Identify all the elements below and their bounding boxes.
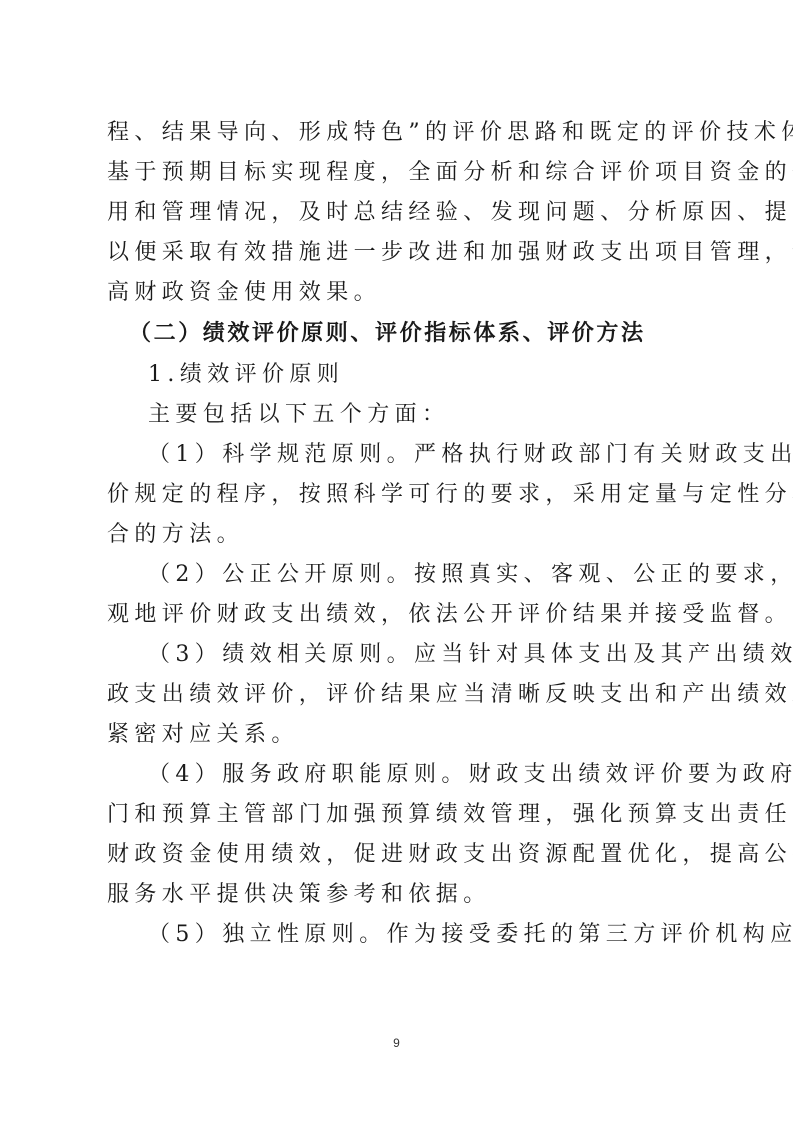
paragraph-line: 紧密对应关系。 bbox=[107, 715, 713, 755]
paragraph-line: 观地评价财政支出绩效，依法公开评价结果并接受监督。 bbox=[107, 595, 713, 635]
paragraph-line: 价规定的程序，按照科学可行的要求，采用定量与定性分析相结 bbox=[107, 475, 713, 515]
page-number: 9 bbox=[0, 1036, 793, 1050]
paragraph-line: 程、结果导向、形成特色”的评价思路和既定的评价技术体系， bbox=[107, 113, 713, 153]
principle-4-line: （4）服务政府职能原则。财政支出绩效评价要为政府财政部 bbox=[107, 755, 713, 795]
paragraph-line: 高财政资金使用效果。 bbox=[107, 273, 713, 313]
principle-3-line: （3）绩效相关原则。应当针对具体支出及其产出绩效进行财 bbox=[107, 635, 713, 675]
paragraph-line: 合的方法。 bbox=[107, 515, 713, 555]
paragraph-line: 政支出绩效评价，评价结果应当清晰反映支出和产出绩效之间的 bbox=[107, 675, 713, 715]
paragraph-line: 以便采取有效措施进一步改进和加强财政支出项目管理，切实提 bbox=[107, 233, 713, 273]
subsection-title: 1.绩效评价原则 bbox=[107, 355, 713, 395]
paragraph-line: 用和管理情况，及时总结经验、发现问题、分析原因、提出措施， bbox=[107, 193, 713, 233]
principle-2-line: （2）公正公开原则。按照真实、客观、公正的要求，全面客 bbox=[107, 555, 713, 595]
paragraph-line: 服务水平提供决策参考和依据。 bbox=[107, 875, 713, 915]
principle-1-line: （1）科学规范原则。严格执行财政部门有关财政支出绩效评 bbox=[107, 435, 713, 475]
paragraph-line: 主要包括以下五个方面： bbox=[107, 395, 713, 435]
principle-5-line: （5）独立性原则。作为接受委托的第三方评价机构应当严格 bbox=[107, 915, 713, 955]
paragraph-line: 基于预期目标实现程度，全面分析和综合评价项目资金的分配使 bbox=[107, 153, 713, 193]
paragraph-line: 财政资金使用绩效，促进财政支出资源配置优化，提高公共财政 bbox=[107, 835, 713, 875]
paragraph-line: 门和预算主管部门加强预算绩效管理，强化预算支出责任，提高 bbox=[107, 795, 713, 835]
document-page: 程、结果导向、形成特色”的评价思路和既定的评价技术体系， 基于预期目标实现程度，… bbox=[107, 113, 713, 955]
section-heading: （二）绩效评价原则、评价指标体系、评价方法 bbox=[107, 313, 713, 355]
